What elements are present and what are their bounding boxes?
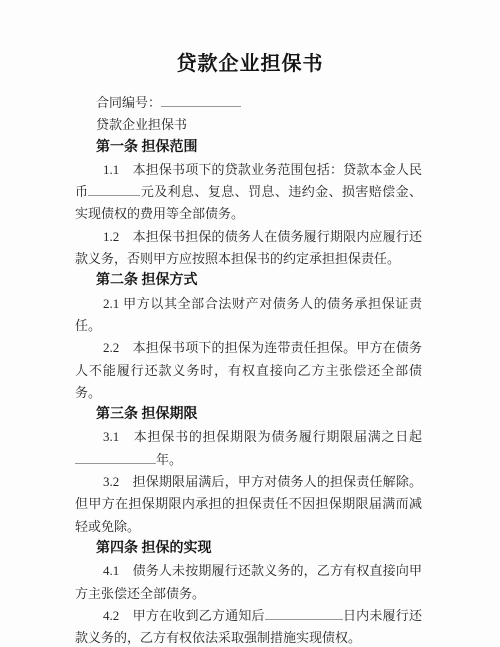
- clause-paragraph: 3.2 担保期限届满后，甲方对债务人的担保责任解除。但甲方在担保期限内承担的担保…: [75, 471, 422, 538]
- blank-underline-field: [161, 94, 241, 107]
- text-run: 2.2 本担保书项下的担保为连带责任担保。甲方在债务人不能履行还款义务时，有权直…: [75, 340, 422, 400]
- text-run: 第一条 担保范围: [96, 140, 198, 155]
- text-run: 贷款企业担保书: [96, 117, 187, 132]
- text-run: 3.2 担保期限届满后，甲方对债务人的担保责任解除。但甲方在担保期限内承担的担保…: [75, 474, 422, 534]
- text-run: 4.1 债务人未按期履行还款义务的，乙方有权直接向甲方主张偿还全部债务。: [75, 563, 422, 600]
- text-run: 1.2 本担保书担保的债务人在债务履行期限内应履行还款义务，否则甲方应按照本担保…: [75, 229, 422, 266]
- section-heading: 第三条 担保期限: [75, 404, 422, 426]
- section-heading: 第一条 担保范围: [75, 137, 422, 159]
- text-run: 3.1 本担保书的担保期限为债务履行期限届满之日起: [103, 429, 422, 444]
- section-heading: 第四条 担保的实现: [75, 538, 422, 560]
- blank-underline-field: [88, 183, 140, 196]
- clause-paragraph: 4.1 债务人未按期履行还款义务的，乙方有权直接向甲方主张偿还全部债务。: [75, 560, 422, 605]
- clause-paragraph: 2.2 本担保书项下的担保为连带责任担保。甲方在债务人不能履行还款义务时，有权直…: [75, 337, 422, 404]
- clause-paragraph: 1.1 本担保书项下的贷款业务范围包括：贷款本金人民币元及利息、复息、罚息、违约…: [75, 159, 422, 226]
- blank-underline-field: [75, 451, 156, 464]
- text-run: 第四条 担保的实现: [96, 541, 212, 556]
- document-title: 贷款企业担保书: [0, 50, 500, 78]
- document-body: 合同编号：贷款企业担保书第一条 担保范围1.1 本担保书项下的贷款业务范围包括：…: [75, 92, 422, 647]
- text-run: 第二条 担保方式: [96, 273, 198, 288]
- doc-subtitle: 贷款企业担保书: [75, 114, 422, 136]
- text-run: 年。: [156, 452, 182, 467]
- clause-paragraph: 2.1 甲方以其全部合法财产对债务人的债务承担保证责任。: [75, 293, 422, 338]
- clause-paragraph: 4.2 甲方在收到乙方通知后日内未履行还款义务的，乙方有权依法采取强制措施实现债…: [75, 605, 422, 647]
- contract-no-line: 合同编号：: [75, 92, 422, 114]
- text-run: 合同编号：: [96, 95, 161, 110]
- clause-paragraph: 1.2 本担保书担保的债务人在债务履行期限内应履行还款义务，否则甲方应按照本担保…: [75, 226, 422, 271]
- text-run: 2.1 甲方以其全部合法财产对债务人的债务承担保证责任。: [75, 296, 422, 333]
- blank-underline-field: [265, 607, 343, 620]
- text-run: 第三条 担保期限: [96, 407, 198, 422]
- clause-paragraph: 3.1 本担保书的担保期限为债务履行期限届满之日起年。: [75, 426, 422, 471]
- document-page: 贷款企业担保书 合同编号：贷款企业担保书第一条 担保范围1.1 本担保书项下的贷…: [0, 0, 500, 647]
- section-heading: 第二条 担保方式: [75, 270, 422, 292]
- text-run: 4.2 甲方在收到乙方通知后: [103, 608, 265, 623]
